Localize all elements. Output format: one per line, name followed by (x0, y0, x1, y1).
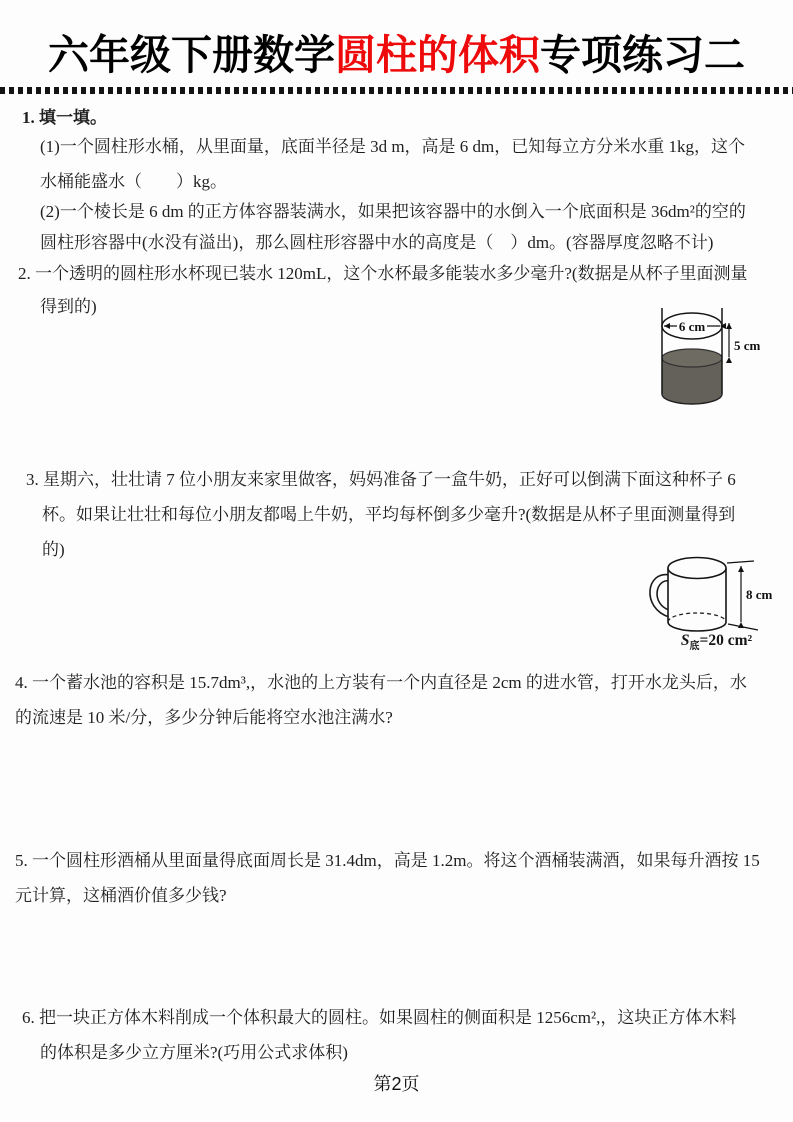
question-1-heading: 1. 填一填。 (22, 108, 107, 128)
question-5-line2: 元计算，这桶酒价值多少钱? (15, 886, 227, 906)
mug-height-dimension-arrow: 8 cm (741, 566, 773, 622)
question-2-line1: 2. 一个透明的圆柱形水杯现已装水 120mL，这个水杯最多能装水多少毫升?(数… (18, 264, 748, 284)
question-1-sub2-line2: 圆柱形容器中(水没有溢出)，那么圆柱形容器中水的高度是（ ）dm。(容器厚度忽略… (40, 233, 713, 253)
worksheet-page: 六年级下册数学圆柱的体积专项练习二 1. 填一填。 (1)一个圆柱形水桶，从里面… (0, 0, 793, 1122)
question-6-line1: 6. 把一块正方体木料削成一个体积最大的圆柱。如果圆柱的侧面积是 1256cm²… (22, 1008, 736, 1028)
question-1-sub1-line2: 水桶能盛水（ ）kg。 (40, 172, 227, 192)
cup-diagram-drawing: 6 cm 5 cm (650, 302, 775, 410)
mug-base-area-label: S底=20 cm² (640, 632, 793, 652)
question-5-line1: 5. 一个圆柱形酒桶从里面量得底面周长是 31.4dm，高是 1.2m。将这个酒… (15, 851, 760, 871)
question-3-line2: 杯。如果让壮壮和每位小朋友都喝上牛奶，平均每杯倒多少毫升?(数据是从杯子里面测量… (42, 505, 735, 525)
height-dimension-arrow: 5 cm (729, 323, 761, 357)
question-4-line2: 的流速是 10 米/分，多少分钟后能将空水池注满水? (15, 708, 393, 728)
page-number: 第2页 (0, 1070, 793, 1096)
water-fill (662, 349, 722, 404)
cup-diameter-label: 6 cm (679, 319, 706, 334)
title-part-black-1: 六年级下册数学 (48, 32, 335, 78)
mug-handle (650, 575, 670, 617)
question-4-line1: 4. 一个蓄水池的容积是 15.7dm³,，水池的上方装有一个内直径是 2cm … (15, 673, 747, 693)
question-3-line1: 3. 星期六，壮壮请 7 位小朋友来家里做客，妈妈准备了一盒牛奶，正好可以倒满下… (26, 470, 736, 490)
title-part-black-2: 专项练习二 (540, 32, 745, 78)
cup-height-label: 5 cm (734, 338, 761, 353)
cup-diagram: 6 cm 5 cm (650, 302, 775, 410)
title-part-red: 圆柱的体积 (335, 32, 540, 78)
question-2-line2: 得到的) (40, 297, 97, 317)
question-3-line3: 的) (42, 540, 65, 560)
page-title: 六年级下册数学圆柱的体积专项练习二 (0, 22, 793, 81)
question-6-line2: 的体积是多少立方厘米?(巧用公式求体积) (40, 1043, 348, 1063)
dotted-divider (0, 87, 793, 94)
question-1-sub1-line1: (1)一个圆柱形水桶，从里面量，底面半径是 3d m，高是 6 dm，已知每立方… (40, 137, 745, 157)
base-area-value: =20 cm² (699, 632, 752, 649)
diameter-dimension-arrow: 6 cm (664, 318, 720, 334)
mug-cylinder-outline (668, 558, 726, 632)
base-area-subscript: 底 (689, 641, 699, 652)
mug-height-label: 8 cm (746, 587, 773, 602)
question-1-sub2-line1: (2)一个棱长是 6 dm 的正方体容器装满水，如果把该容器中的水倒入一个底面积… (40, 202, 746, 222)
